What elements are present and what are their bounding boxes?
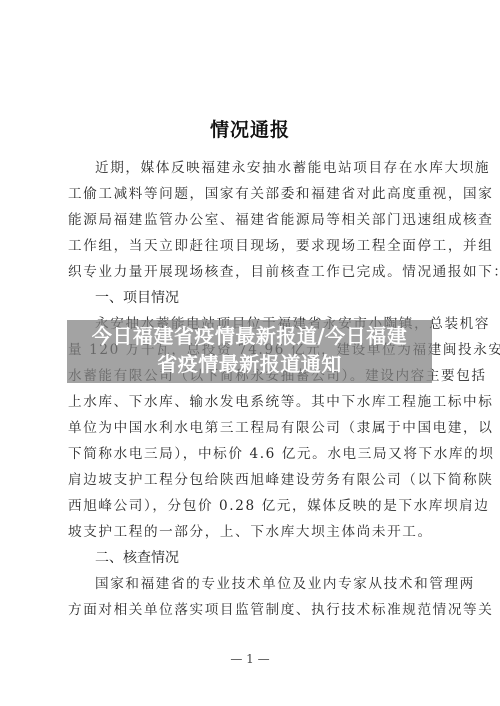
paragraph-line: 方面对相关单位落实项目监管制度、执行技术标准规范情况等关 [68, 600, 438, 620]
paragraph-line: 西旭峰公司），分包价 0.28 亿元，媒体反映的是下水库坝肩边 [68, 496, 438, 516]
headline-overlay-text: 今日福建省疫情最新报道/今日福建 省疫情最新报道通知 [67, 322, 432, 378]
paragraph-line: 单位为中国水利水电第三工程局有限公司（隶属于中国电建，以 [68, 418, 438, 438]
page-number: — 1 — [0, 652, 500, 666]
paragraph-line: 工偷工减料等问题，国家有关部委和福建省对此高度重视，国家 [68, 184, 438, 204]
paragraph-line: 工作组，当天立即赶往项目现场，要求现场工程全面停工，并组 [68, 236, 438, 256]
paragraph-line: 能源局福建监管办公室、福建省能源局等相关部门迅速组成核查 [68, 210, 438, 230]
paragraph-line: 上水库、下水库、输水发电系统等。其中下水库工程施工标中标 [68, 392, 438, 412]
document-title: 情况通报 [0, 115, 500, 142]
paragraph-line: 近期，媒体反映福建永安抽水蓄能电站项目存在水库大坝施 [95, 158, 438, 178]
headline-line-1: 今日福建省疫情最新报道/今日福建 [67, 322, 432, 350]
paragraph-line: 国家和福建省的专业技术单位及业内专家从技术和管理两 [95, 574, 438, 594]
paragraph-line: 肩边坡支护工程分包给陕西旭峰建设劳务有限公司（以下简称陕 [68, 470, 438, 490]
headline-line-2: 省疫情最新报道通知 [67, 350, 432, 378]
section-heading-project: 一、项目情况 [95, 288, 179, 308]
paragraph-line: 下简称水电三局），中标价 4.6 亿元。水电三局又将下水库的坝 [68, 444, 438, 464]
paragraph-line: 坡支护工程的一部分，上、下水库大坝主体尚未开工。 [68, 522, 438, 542]
paragraph-line: 织专业力量开展现场核查，目前核查工作已完成。情况通报如下： [68, 262, 438, 282]
section-heading-inspection: 二、核查情况 [95, 548, 179, 568]
